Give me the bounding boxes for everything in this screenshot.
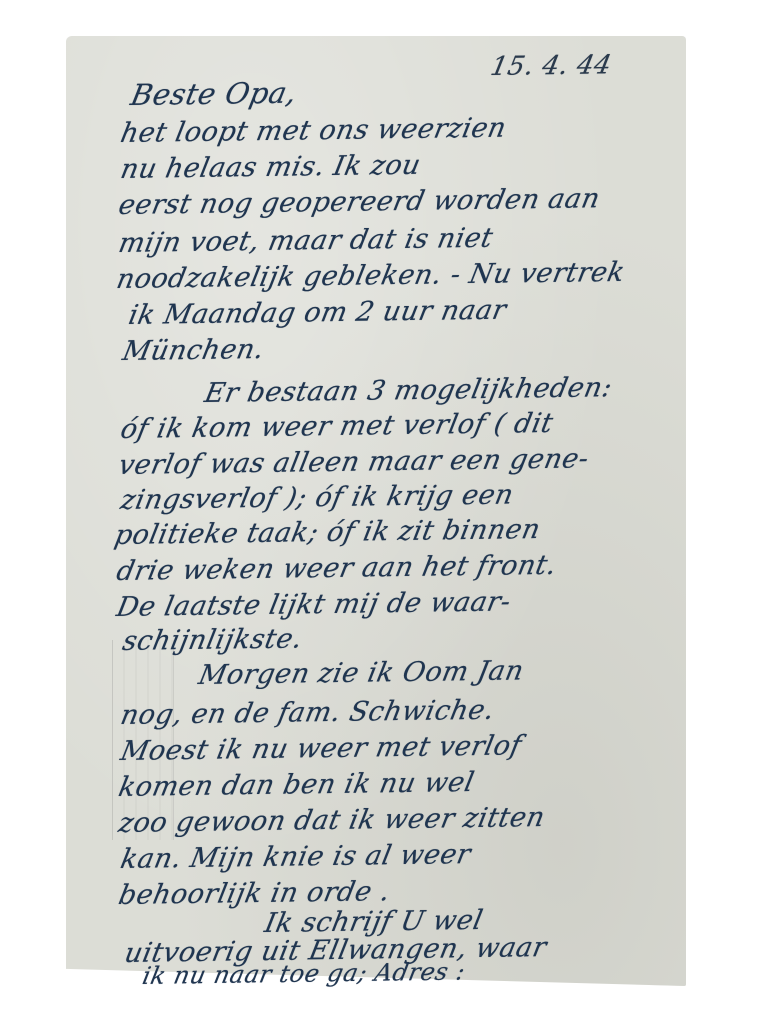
letter-line: zingsverlof ); óf ik krijg een	[118, 479, 516, 516]
letter-line: politieke taak; óf ik zit binnen	[112, 514, 543, 551]
letter-line: ik nu naar toe ga; Adres :	[140, 957, 468, 990]
letter-line: München.	[120, 334, 267, 367]
letter-line: nog, en de fam. Schwiche.	[118, 695, 497, 731]
letter-line: drie weken weer aan het front.	[114, 550, 559, 587]
letter-line: het loopt met ons weerzien	[118, 113, 509, 149]
letter-line: Moest ik nu weer met verlof	[118, 730, 524, 767]
letter-line: zoo gewoon dat ik weer zitten	[116, 802, 548, 839]
letter-line: schijnlijkste.	[120, 623, 305, 657]
letter-line: kan. Mijn knie is al weer	[118, 839, 474, 875]
letter-salutation: Beste Opa,	[128, 76, 300, 112]
letter-line: De laatste lijkt mij de waar-	[114, 586, 514, 623]
letter-line: mijn voet, maar dat is niet	[116, 223, 496, 259]
letter-line: ik Maandag om 2 uur naar	[126, 295, 509, 331]
letter-line: Morgen zie ik Oom Jan	[196, 655, 527, 691]
letter-date: 15. 4. 44	[488, 50, 614, 82]
photo-stage: 15. 4. 44 Beste Opa, het loopt met ons w…	[0, 0, 768, 1024]
letter-line: óf ik kom weer met verlof ( dit	[118, 408, 556, 445]
letter-line: Er bestaan 3 mogelijkheden:	[202, 372, 615, 409]
letter-line: verlof was alleen maar een gene-	[116, 443, 592, 481]
letter-line: nu helaas mis. Ik zou	[118, 150, 423, 185]
letter-line: komen dan ben ik nu wel	[116, 767, 477, 803]
